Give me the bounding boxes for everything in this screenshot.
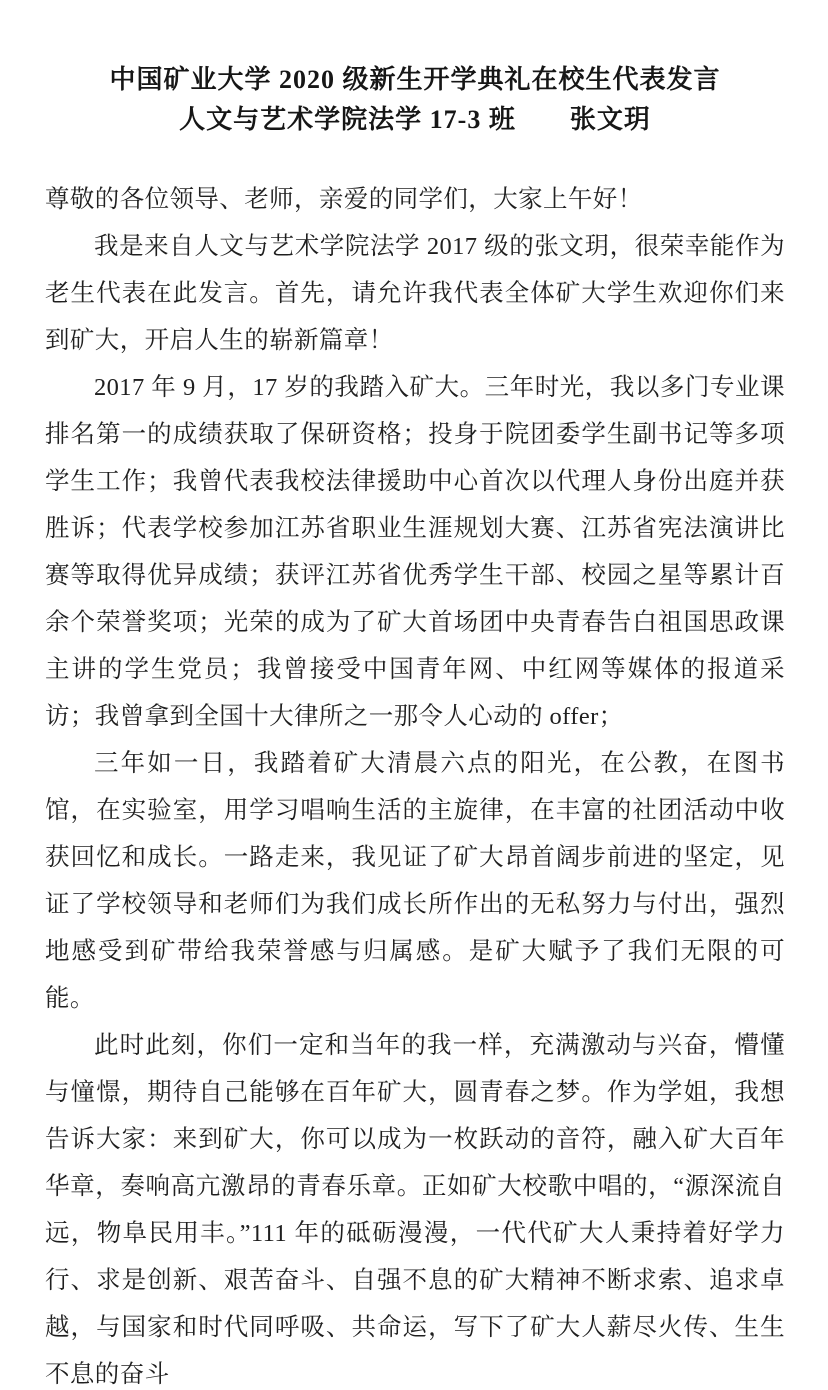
document-page: 中国矿业大学 2020 级新生开学典礼在校生代表发言 人文与艺术学院法学 17-…	[0, 0, 828, 1390]
document-subtitle: 人文与艺术学院法学 17-3 班 张文玥	[45, 100, 785, 140]
document-title: 中国矿业大学 2020 级新生开学典礼在校生代表发言	[45, 60, 785, 100]
title-block: 中国矿业大学 2020 级新生开学典礼在校生代表发言 人文与艺术学院法学 17-…	[45, 0, 785, 140]
paragraph-greeting: 尊敬的各位领导、老师，亲爱的同学们，大家上午好！	[45, 176, 785, 223]
paragraph-achievements: 2017 年 9 月，17 岁的我踏入矿大。三年时光，我以多门专业课排名第一的成…	[45, 364, 785, 740]
paragraph-encouragement: 此时此刻，你们一定和当年的我一样，充满激动与兴奋，懵懂与憧憬，期待自己能够在百年…	[45, 1022, 785, 1390]
document-body: 尊敬的各位领导、老师，亲爱的同学们，大家上午好！ 我是来自人文与艺术学院法学 2…	[45, 176, 785, 1390]
document-content: 中国矿业大学 2020 级新生开学典礼在校生代表发言 人文与艺术学院法学 17-…	[45, 0, 785, 1390]
paragraph-campus-life: 三年如一日，我踏着矿大清晨六点的阳光，在公教，在图书馆，在实验室，用学习唱响生活…	[45, 740, 785, 1022]
paragraph-introduction: 我是来自人文与艺术学院法学 2017 级的张文玥，很荣幸能作为老生代表在此发言。…	[45, 223, 785, 364]
